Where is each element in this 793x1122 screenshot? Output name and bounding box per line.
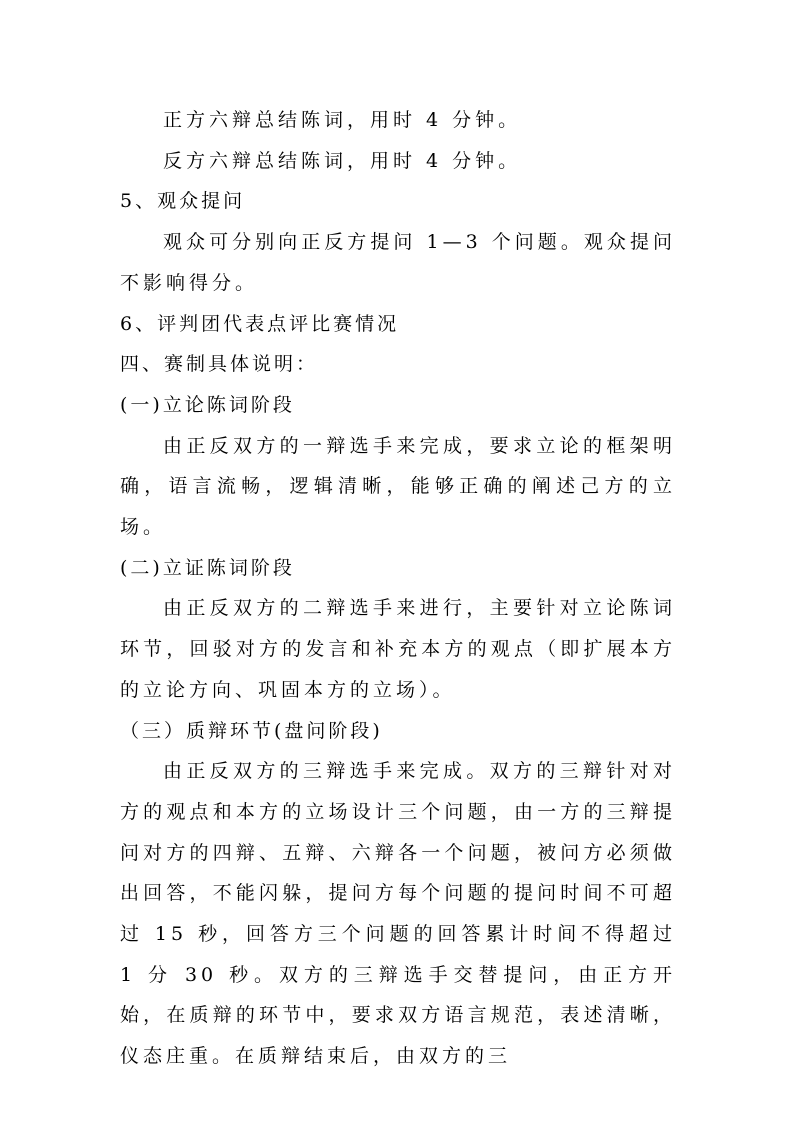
paragraph-pro-summary: 正方六辩总结陈词，用时 4 分钟。 — [120, 100, 676, 141]
heading-audience-questions: 5、观众提问 — [120, 181, 676, 222]
document-page: 正方六辩总结陈词，用时 4 分钟。 反方六辩总结陈词，用时 4 分钟。 5、观众… — [0, 0, 793, 1122]
paragraph-con-summary: 反方六辩总结陈词，用时 4 分钟。 — [120, 141, 676, 182]
heading-cross-examination: （三）质辩环节(盘问阶段) — [120, 711, 676, 752]
paragraph-supporting-statement: 由正反双方的二辩选手来进行，主要针对立论陈词环节，回驳对方的发言和补充本方的观点… — [120, 588, 676, 710]
document-body: 正方六辩总结陈词，用时 4 分钟。 反方六辩总结陈词，用时 4 分钟。 5、观众… — [120, 100, 676, 1077]
heading-format-details: 四、赛制具体说明： — [120, 344, 676, 385]
heading-supporting-statement: (二)立证陈词阶段 — [120, 548, 676, 589]
heading-opening-statement: (一)立论陈词阶段 — [120, 385, 676, 426]
paragraph-audience-questions: 观众可分别向正反方提问 1—3 个问题。观众提问不影响得分。 — [120, 222, 676, 303]
heading-judges-comment: 6、评判团代表点评比赛情况 — [120, 304, 676, 345]
paragraph-opening-statement: 由正反双方的一辩选手来完成，要求立论的框架明确，语言流畅，逻辑清晰，能够正确的阐… — [120, 426, 676, 548]
paragraph-cross-examination: 由正反双方的三辩选手来完成。双方的三辩针对对方的观点和本方的立场设计三个问题，由… — [120, 751, 676, 1077]
